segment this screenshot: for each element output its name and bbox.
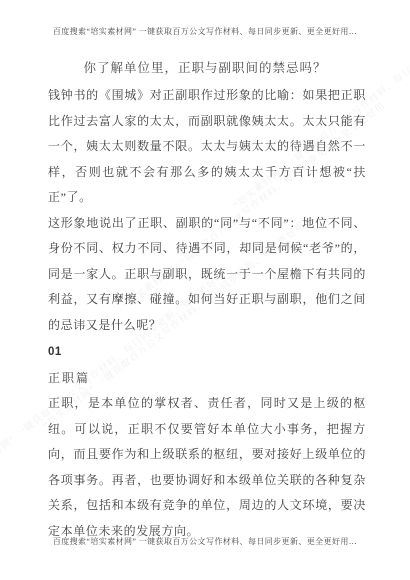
- paragraph: 钱钟书的《围城》对正副职作过形象的比喻：如果把正职比作过去富人家的太太，而副职就…: [48, 83, 366, 211]
- footer-promo-note: 百度搜索“培实素材网” 一键获取百万公文写作材料、每日同步更新、更全更好用…: [0, 536, 410, 547]
- section-number: 01: [48, 340, 366, 366]
- paragraph: 这形象地说出了正职、副职的“同”与“不同”：地位不同、身份不同、权力不同、待遇不…: [48, 211, 366, 339]
- article-body: 钱钟书的《围城》对正副职作过形象的比喻：如果把正职比作过去富人家的太太，而副职就…: [48, 83, 366, 544]
- page-title: 你了解单位里，正职与副职间的禁忌吗？: [0, 58, 410, 76]
- document-page: “培实素材网” 一键获取百万公文写作材料、每日同步更新、更全更好用 “培实素材网…: [0, 0, 410, 580]
- header-promo-note: 百度搜索“培实素材网” 一键获取百万公文写作材料、每日同步更新、更全更好用…: [0, 26, 410, 37]
- paragraph: 正职，是本单位的掌权者、责任者，同时又是上级的枢纽。可以说，正职不仅要管好本单位…: [48, 391, 366, 544]
- section-heading: 正职篇: [48, 366, 366, 392]
